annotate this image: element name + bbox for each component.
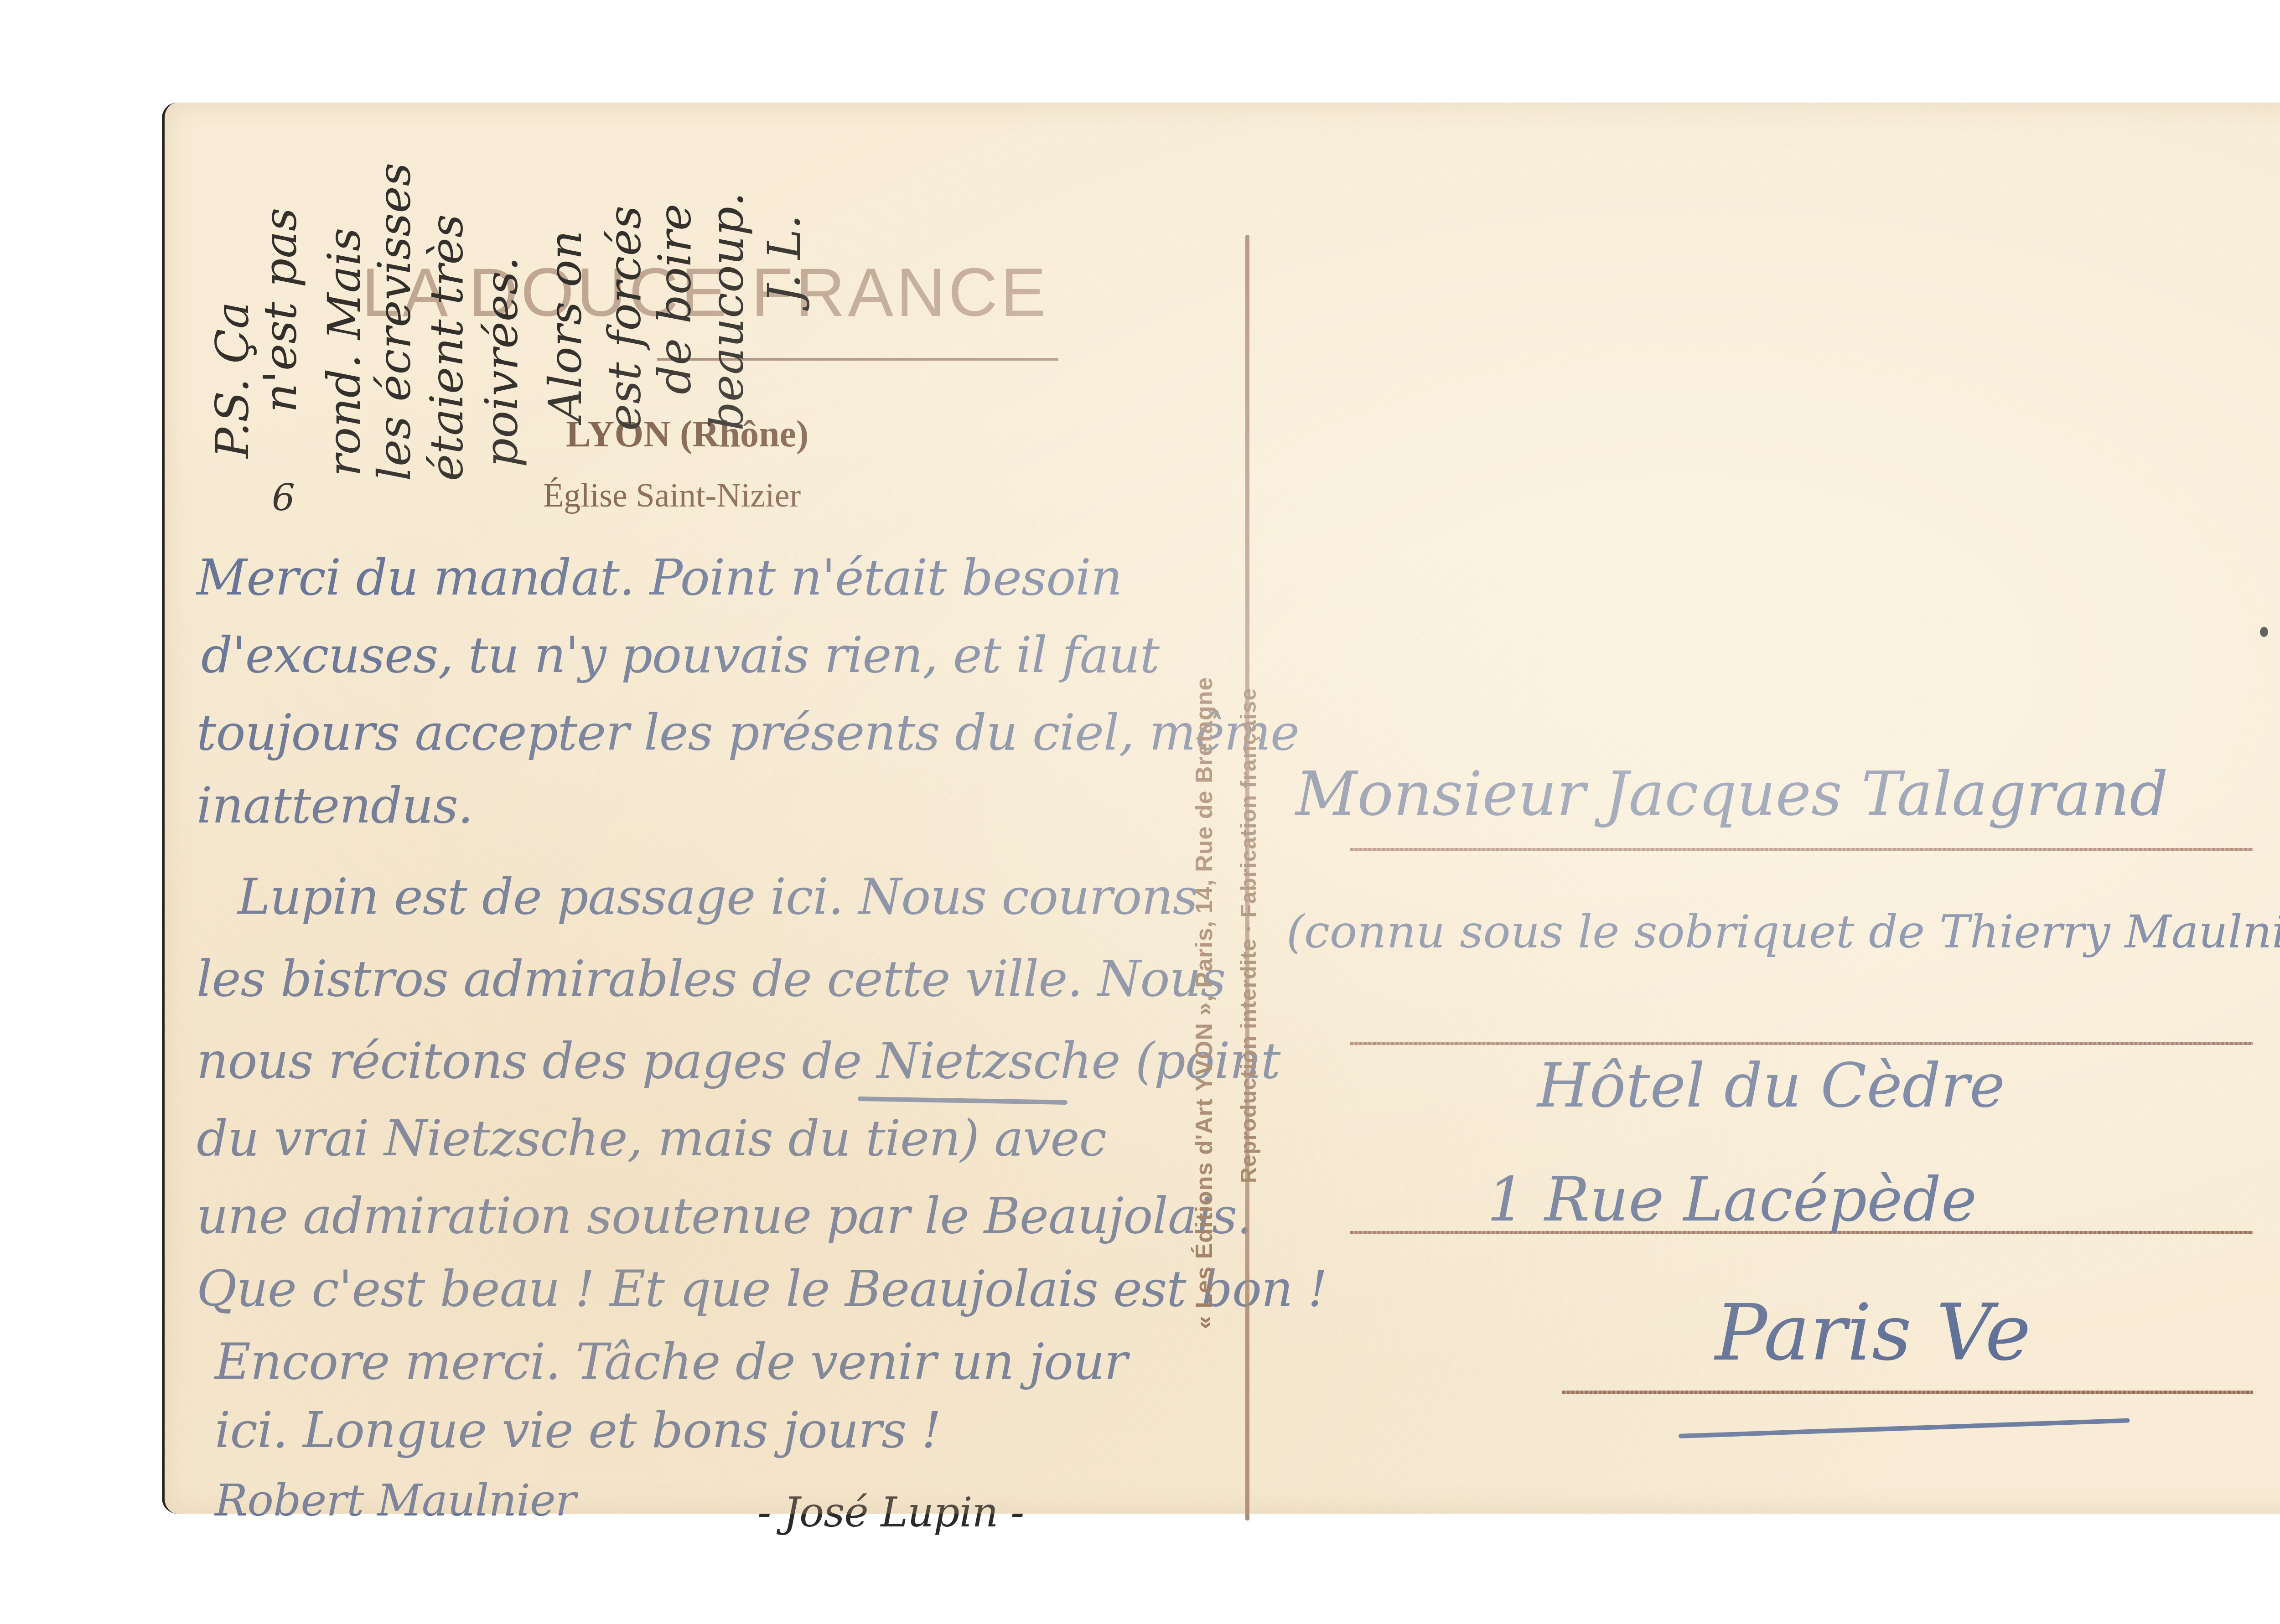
address-line-street: 1 Rue Lacépède	[1487, 1165, 1977, 1235]
message-line: ici. Longue vie et bons jours !	[215, 1402, 941, 1459]
city-underline	[1679, 1418, 2130, 1438]
message-line: d'excuses, tu n'y pouvais rien, et il fa…	[201, 627, 1159, 684]
message-line: inattendus.	[197, 777, 473, 834]
ps-line: de boire	[648, 204, 701, 394]
caption: Église Saint-Nizier	[543, 476, 801, 515]
message-line: les bistros admirables de cette ville. N…	[197, 951, 1225, 1008]
ps-line: les écrevisses	[368, 163, 421, 481]
ps-line: rond. Mais	[317, 228, 371, 476]
ink-speck	[2260, 627, 2268, 637]
message-line: toujours accepter les présents du ciel, …	[197, 704, 1299, 761]
ps-line: P.S. Ça	[206, 302, 259, 458]
address-rule	[1350, 1042, 2253, 1045]
message-line: nous récitons des pages de Nietzsche (po…	[197, 1033, 1280, 1090]
ps-line: est forcés	[598, 206, 651, 431]
ps-line: beaucoup.	[700, 192, 754, 431]
message-line: Merci du mandat. Point n'était besoin	[197, 549, 1122, 606]
message-line: Que c'est beau ! Et que le Beaujolais es…	[197, 1261, 1327, 1318]
ps-signature: J. L.	[757, 215, 811, 303]
nietzsche-underline	[858, 1096, 1067, 1105]
ps-line: étaient très	[420, 214, 473, 481]
ps-line: Alors on	[539, 230, 592, 422]
signature-right: - José Lupin -	[757, 1489, 1024, 1536]
message-line: Lupin est de passage ici. Nous courons	[238, 869, 1197, 926]
address-line-hotel: Hôtel du Cèdre	[1537, 1051, 2005, 1121]
address-line-alias: (connu sous le sobriquet de Thierry Maul…	[1286, 905, 2280, 958]
address-line-name: Monsieur Jacques Talagrand	[1295, 759, 2168, 829]
postcard: LA DOUCE FRANCE LYON (Rhône) Église Sain…	[162, 103, 2280, 1514]
message-line: Encore merci. Tâche de venir un jour	[215, 1334, 1127, 1391]
publisher-line: « Les Éditions d'Art YVON », Paris, 14, …	[1191, 677, 1218, 1329]
ps-line: poivrées.	[475, 257, 528, 467]
message-line: du vrai Nietzsche, mais du tien) avec	[197, 1110, 1106, 1167]
address-rule	[1350, 848, 2253, 851]
ps-line: n'est pas	[254, 208, 307, 413]
legal-line: Reproduction interdite · Fabrication fra…	[1236, 688, 1261, 1183]
address-rule	[1562, 1391, 2253, 1394]
address-line-city: Paris Ve	[1715, 1288, 2031, 1378]
signature-left: Robert Maulnier	[215, 1475, 576, 1526]
message-line: une admiration soutenue par le Beaujolai…	[197, 1188, 1252, 1245]
ps-margin-note: 6	[272, 476, 295, 519]
